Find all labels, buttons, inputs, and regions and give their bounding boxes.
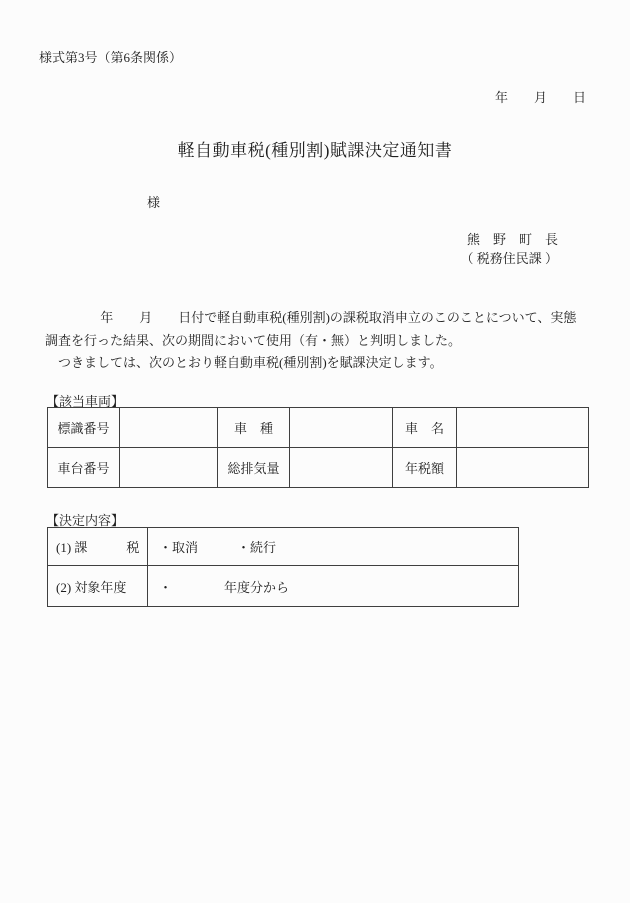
body-line-2: 調査を行った結果、次の期間において使用（有・無）と判明しました。	[45, 330, 603, 353]
form-number: 様式第3号（第6条関係）	[39, 47, 182, 66]
body-line-1: 年 月 日付で軽自動車税(種別割)の課税取消申立のこのことについて、実態	[45, 307, 603, 330]
issuer-block: 熊 野 町 長 （ 税務住民課 ）	[460, 230, 558, 268]
chassis-number-value	[120, 448, 218, 488]
annual-tax-label: 年税額	[393, 448, 457, 488]
body-line-3: つきましては、次のとおり軽自動車税(種別割)を賦課決定します。	[45, 352, 603, 375]
chassis-number-label: 車台番号	[48, 448, 120, 488]
decision-table-row: (2) 対象年度 ・ 年度分から	[48, 566, 519, 607]
vehicle-table-row: 標識番号 車 種 車 名	[48, 408, 589, 448]
plate-number-value	[120, 408, 218, 448]
page-title: 軽自動車税(種別割)賦課決定通知書	[0, 136, 630, 161]
vehicle-type-value	[290, 408, 393, 448]
body-paragraph: 年 月 日付で軽自動車税(種別割)の課税取消申立のこのことについて、実態 調査を…	[45, 307, 603, 375]
document-page: 様式第3号（第6条関係） 年 月 日 軽自動車税(種別割)賦課決定通知書 様 熊…	[0, 0, 630, 903]
target-year-value: ・ 年度分から	[148, 566, 519, 607]
decision-table: (1) 課 税 ・取消 ・続行 (2) 対象年度 ・ 年度分から	[47, 527, 519, 607]
taxation-options: ・取消 ・続行	[148, 528, 519, 566]
plate-number-label: 標識番号	[48, 408, 120, 448]
issuer-department: （ 税務住民課 ）	[460, 249, 558, 268]
vehicle-type-label: 車 種	[218, 408, 290, 448]
vehicle-name-value	[457, 408, 589, 448]
target-year-label: (2) 対象年度	[48, 566, 148, 607]
addressee-honorific: 様	[147, 192, 160, 211]
displacement-value	[290, 448, 393, 488]
issuer-name: 熊 野 町 長	[460, 230, 558, 249]
date-line: 年 月 日	[495, 87, 586, 106]
taxation-label: (1) 課 税	[48, 528, 148, 566]
displacement-label: 総排気量	[218, 448, 290, 488]
vehicle-name-label: 車 名	[393, 408, 457, 448]
annual-tax-value	[457, 448, 589, 488]
vehicle-table-row: 車台番号 総排気量 年税額	[48, 448, 589, 488]
decision-table-row: (1) 課 税 ・取消 ・続行	[48, 528, 519, 566]
vehicle-table: 標識番号 車 種 車 名 車台番号 総排気量 年税額	[47, 407, 589, 488]
